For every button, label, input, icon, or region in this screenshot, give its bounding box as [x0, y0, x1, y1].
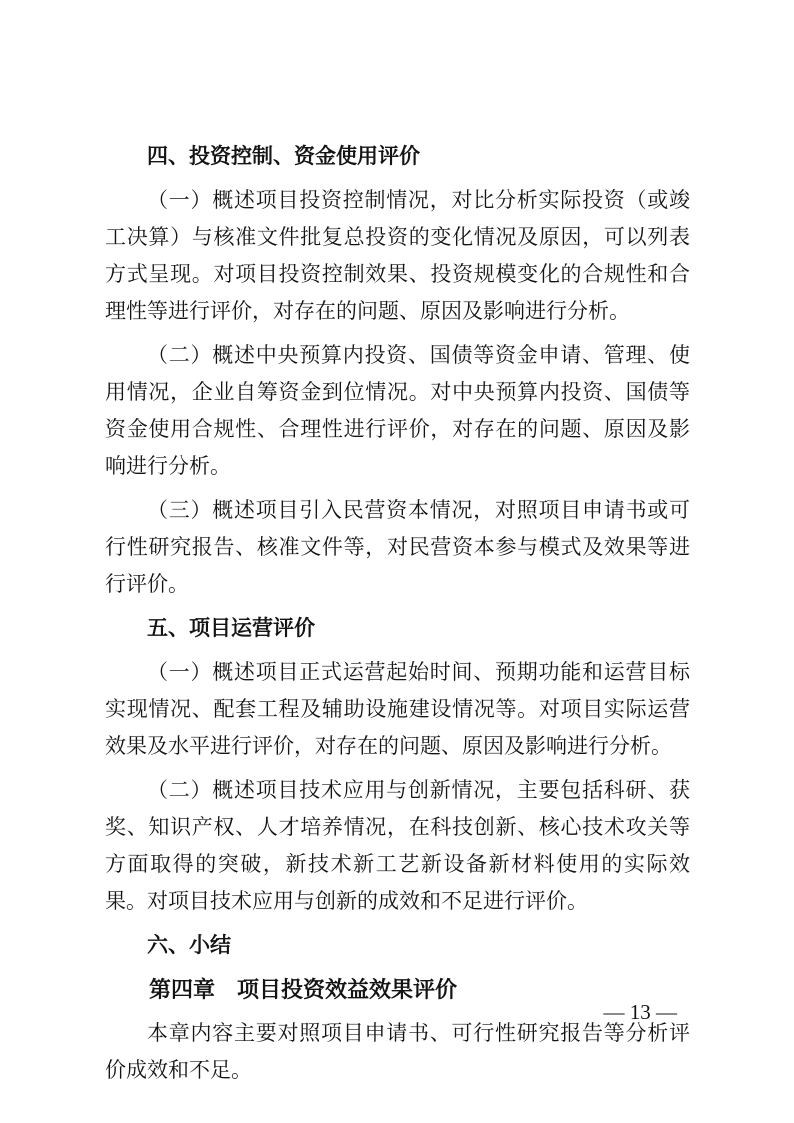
page-number: — 13 —: [604, 1000, 678, 1024]
chapter-heading-investment-benefit-evaluation: 第四章 项目投资效益效果评价: [105, 971, 690, 1008]
paragraph-chapter-intro: 本章内容主要对照项目申请书、可行性研究报告等分析评价成效和不足。: [105, 1015, 690, 1089]
paragraph-private-capital: （三）概述项目引入民营资本情况，对照项目申请书或可行性研究报告、核准文件等，对民…: [105, 492, 690, 603]
section-heading-summary: 六、小结: [105, 927, 690, 964]
section-heading-project-operation: 五、项目运营评价: [105, 610, 690, 647]
paragraph-central-budget-funds: （二）概述中央预算内投资、国债等资金申请、管理、使用情况，企业自筹资金到位情况。…: [105, 337, 690, 485]
document-page: 四、投资控制、资金使用评价 （一）概述项目投资控制情况，对比分析实际投资（或竣工…: [0, 0, 794, 1123]
paragraph-operation-start: （一）概述项目正式运营起始时间、预期功能和运营目标实现情况、配套工程及辅助设施建…: [105, 654, 690, 765]
paragraph-investment-control-1: （一）概述项目投资控制情况，对比分析实际投资（或竣工决算）与核准文件批复总投资的…: [105, 182, 690, 330]
section-heading-investment-control: 四、投资控制、资金使用评价: [105, 138, 690, 175]
paragraph-technology-innovation: （二）概述项目技术应用与创新情况，主要包括科研、获奖、知识产权、人才培养情况，在…: [105, 772, 690, 920]
